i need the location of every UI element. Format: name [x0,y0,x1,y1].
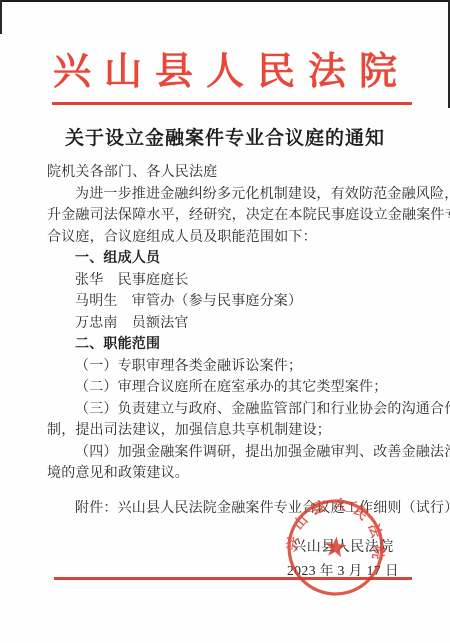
body-line: （三）负责建立与政府、金融监管部门和行业协会的沟通合作机 [47,399,417,421]
body-line: 为进一步推进金融纠纷多元化机制建设，有效防范金融风险，提 [47,184,417,206]
body-line: 制，提出司法建议，加强信息共享机制建设； [47,420,417,442]
letterhead-divider-line [52,102,412,105]
body-line: 二、职能范围 [47,334,417,356]
body-line: 院机关各部门、各人民法庭 [47,162,417,184]
document-title: 关于设立金融案件专业合议庭的通知 [0,123,450,150]
body-lines: 院机关各部门、各人民法庭为进一步推进金融纠纷多元化机制建设，有效防范金融风险，提… [47,162,417,519]
official-court-seal: 兴山县人民法院 [280,492,391,603]
body-line: （一）专职审理各类金融诉讼案件； [47,356,417,378]
body-line: 境的意见和政策建议。 [47,463,417,485]
body-line: （四）加强金融案件调研，提出加强金融审判、改善金融法治环 [47,442,417,464]
body-line: 一、组成人员 [47,248,417,270]
body-line: 万忠南 员额法官 [47,313,417,335]
scan-artifact-top-edge [0,0,450,2]
seal-arc-text: 兴山县人民法院 [283,492,391,568]
body-line: 马明生 审管办（参与民事庭分案） [47,291,417,313]
body-line: （二）审理合议庭所在庭室承办的其它类型案件； [47,377,417,399]
svg-text:兴山县人民法院: 兴山县人民法院 [283,492,391,568]
court-letterhead-title: 兴山县人民法院 [0,40,450,95]
scanned-notice-page: 兴山县人民法院 关于设立金融案件专业合议庭的通知 院机关各部门、各人民法庭为进一… [0,0,450,643]
seal-star-icon [324,535,347,557]
body-line: 张华 民事庭庭长 [47,270,417,292]
scan-artifact-left-edge [0,0,2,34]
body-line: 合议庭，合议庭组成人员及职能范围如下： [47,227,417,249]
body-line: 升金融司法保障水平，经研究，决定在本院民事庭设立金融案件专业 [47,205,417,227]
